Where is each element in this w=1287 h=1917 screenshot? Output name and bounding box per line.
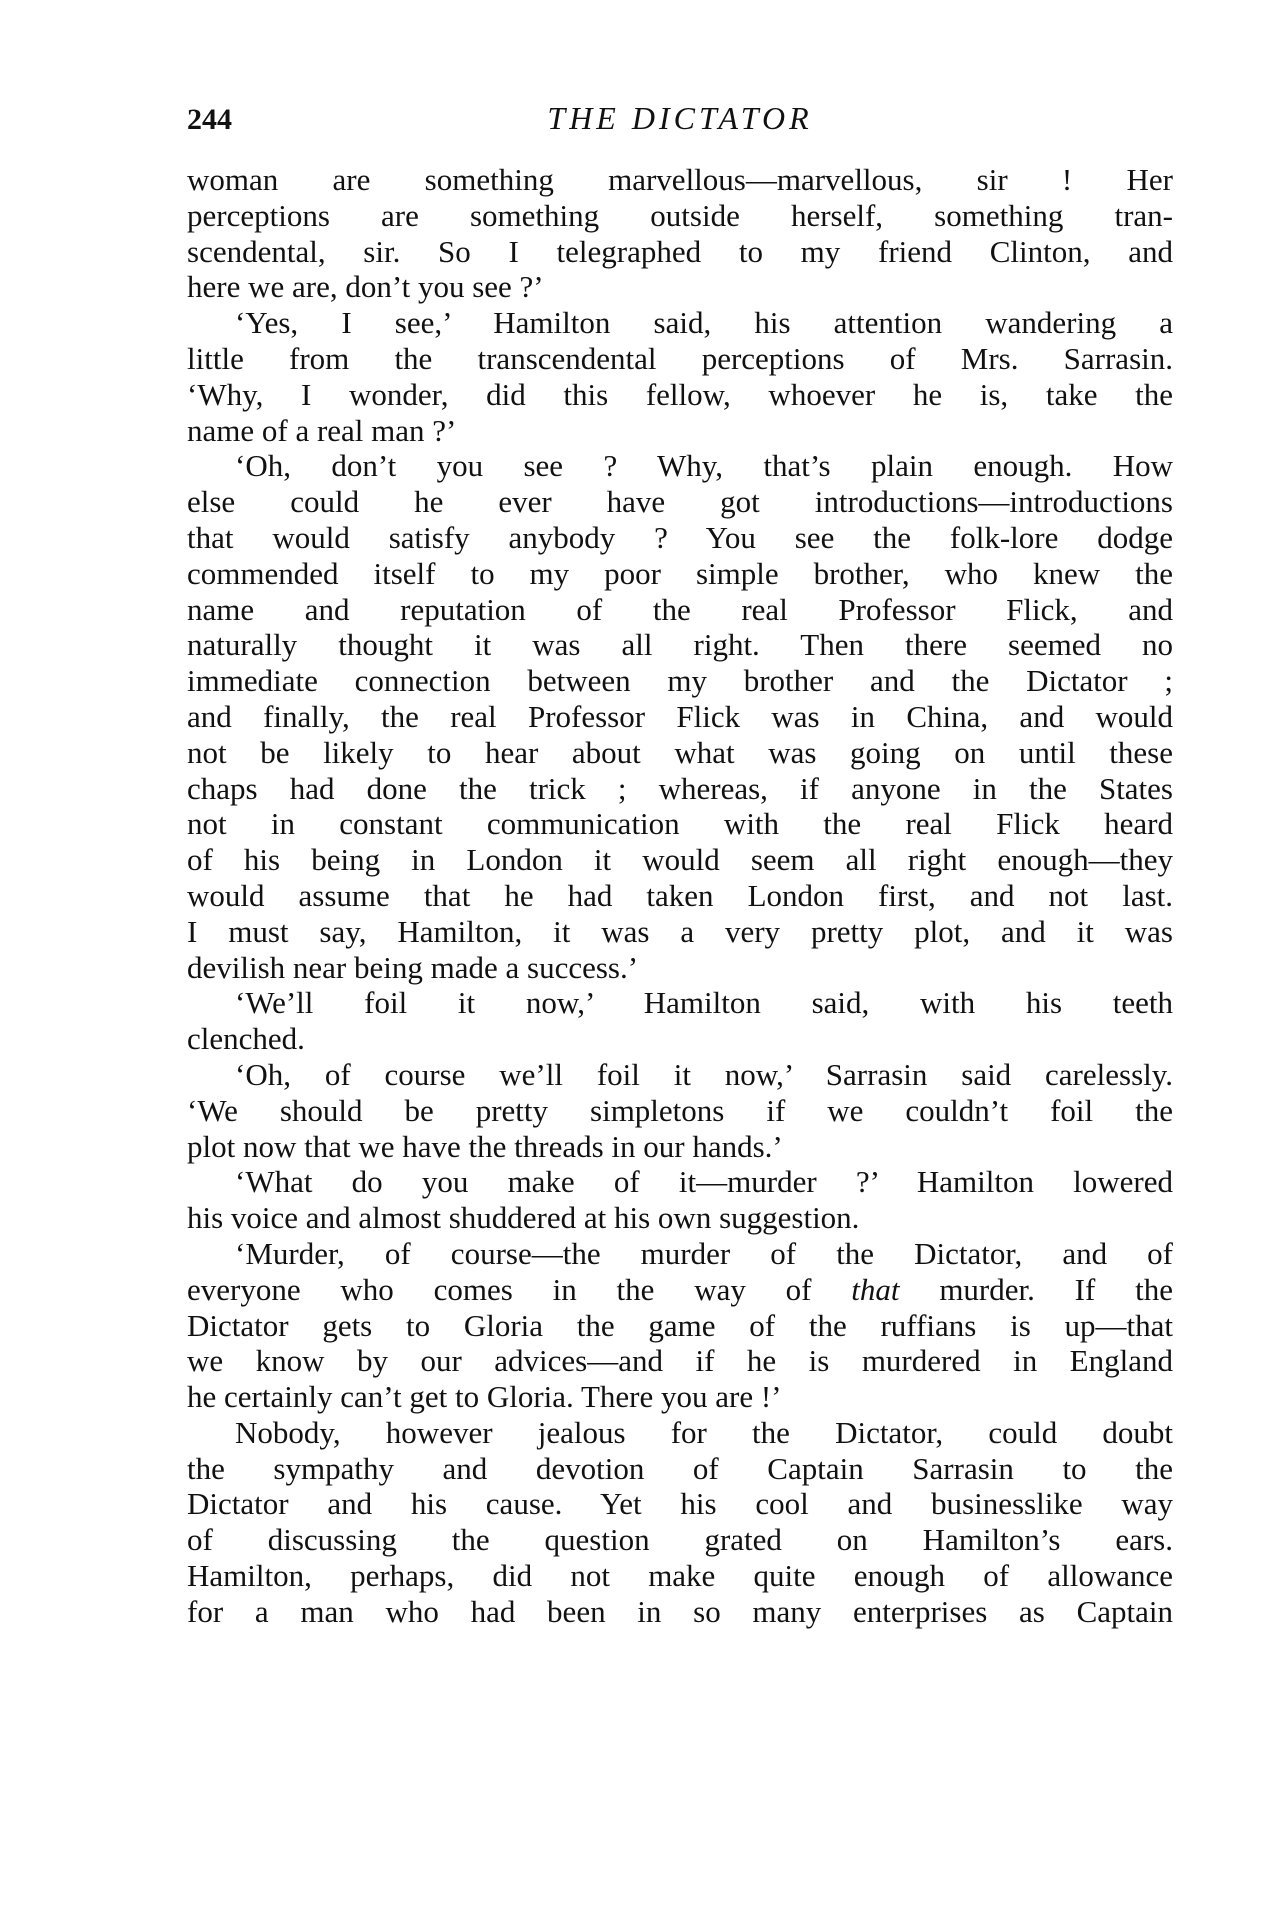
text-line: naturally thought it was all right. Then… — [187, 627, 1173, 663]
text-line: for a man who had been in so many enterp… — [187, 1594, 1173, 1630]
text-line: ‘Murder, of course—the murder of the Dic… — [187, 1236, 1173, 1272]
text-line: ‘Why, I wonder, did this fellow, whoever… — [187, 377, 1173, 413]
text-line: else could he ever have got introduction… — [187, 484, 1173, 520]
text-line: of his being in London it would seem all… — [187, 842, 1173, 878]
running-title: THE DICTATOR — [187, 100, 1173, 136]
text-line: not in constant communication with the r… — [187, 806, 1173, 842]
text-line: ‘Oh, of course we’ll foil it now,’ Sarra… — [187, 1057, 1173, 1093]
text-line: his voice and almost shuddered at his ow… — [187, 1200, 1173, 1236]
text-line: scendental, sir. So I telegraphed to my … — [187, 234, 1173, 270]
text-line: name and reputation of the real Professo… — [187, 592, 1173, 628]
running-head: 244 THE DICTATOR — [187, 100, 1173, 140]
text-segment: murder. If the — [900, 1272, 1174, 1307]
text-line: immediate connection between my brother … — [187, 663, 1173, 699]
text-line: he certainly can’t get to Gloria. There … — [187, 1379, 1173, 1415]
text-line: of discussing the question grated on Ham… — [187, 1522, 1173, 1558]
text-line: everyone who comes in the way of that mu… — [187, 1272, 1173, 1308]
text-line: little from the transcendental perceptio… — [187, 341, 1173, 377]
text-line: we know by our advices—and if he is murd… — [187, 1343, 1173, 1379]
text-line: the sympathy and devotion of Captain Sar… — [187, 1451, 1173, 1487]
text-line: ‘What do you make of it—murder ?’ Hamilt… — [187, 1164, 1173, 1200]
text-line: here we are, don’t you see ?’ — [187, 269, 1173, 305]
text-line: would assume that he had taken London fi… — [187, 878, 1173, 914]
text-line: ‘We should be pretty simpletons if we co… — [187, 1093, 1173, 1129]
text-line: and finally, the real Professor Flick wa… — [187, 699, 1173, 735]
text-line: plot now that we have the threads in our… — [187, 1129, 1173, 1165]
body-text: woman are something marvellous—marvellou… — [187, 162, 1173, 1630]
text-line: ‘Oh, don’t you see ? Why, that’s plain e… — [187, 448, 1173, 484]
text-line: Nobody, however jealous for the Dictator… — [187, 1415, 1173, 1451]
text-line: that would satisfy anybody ? You see the… — [187, 520, 1173, 556]
text-line: clenched. — [187, 1021, 1173, 1057]
text-line: chaps had done the trick ; whereas, if a… — [187, 771, 1173, 807]
text-line: devilish near being made a success.’ — [187, 950, 1173, 986]
text-line: perceptions are something outside hersel… — [187, 198, 1173, 234]
text-line: Dictator and his cause. Yet his cool and… — [187, 1486, 1173, 1522]
text-line: Dictator gets to Gloria the game of the … — [187, 1308, 1173, 1344]
book-page: 244 THE DICTATOR woman are something mar… — [0, 0, 1287, 1917]
italic-emphasis: that — [851, 1272, 899, 1307]
text-line: Hamilton, perhaps, did not make quite en… — [187, 1558, 1173, 1594]
text-line: I must say, Hamilton, it was a very pret… — [187, 914, 1173, 950]
text-line: ‘Yes, I see,’ Hamilton said, his attenti… — [187, 305, 1173, 341]
text-line: name of a real man ?’ — [187, 413, 1173, 449]
text-line: not be likely to hear about what was goi… — [187, 735, 1173, 771]
text-line: ‘We’ll foil it now,’ Hamilton said, with… — [187, 985, 1173, 1021]
text-line: woman are something marvellous—marvellou… — [187, 162, 1173, 198]
text-segment: everyone who comes in the way of — [187, 1272, 851, 1307]
text-line: commended itself to my poor simple broth… — [187, 556, 1173, 592]
